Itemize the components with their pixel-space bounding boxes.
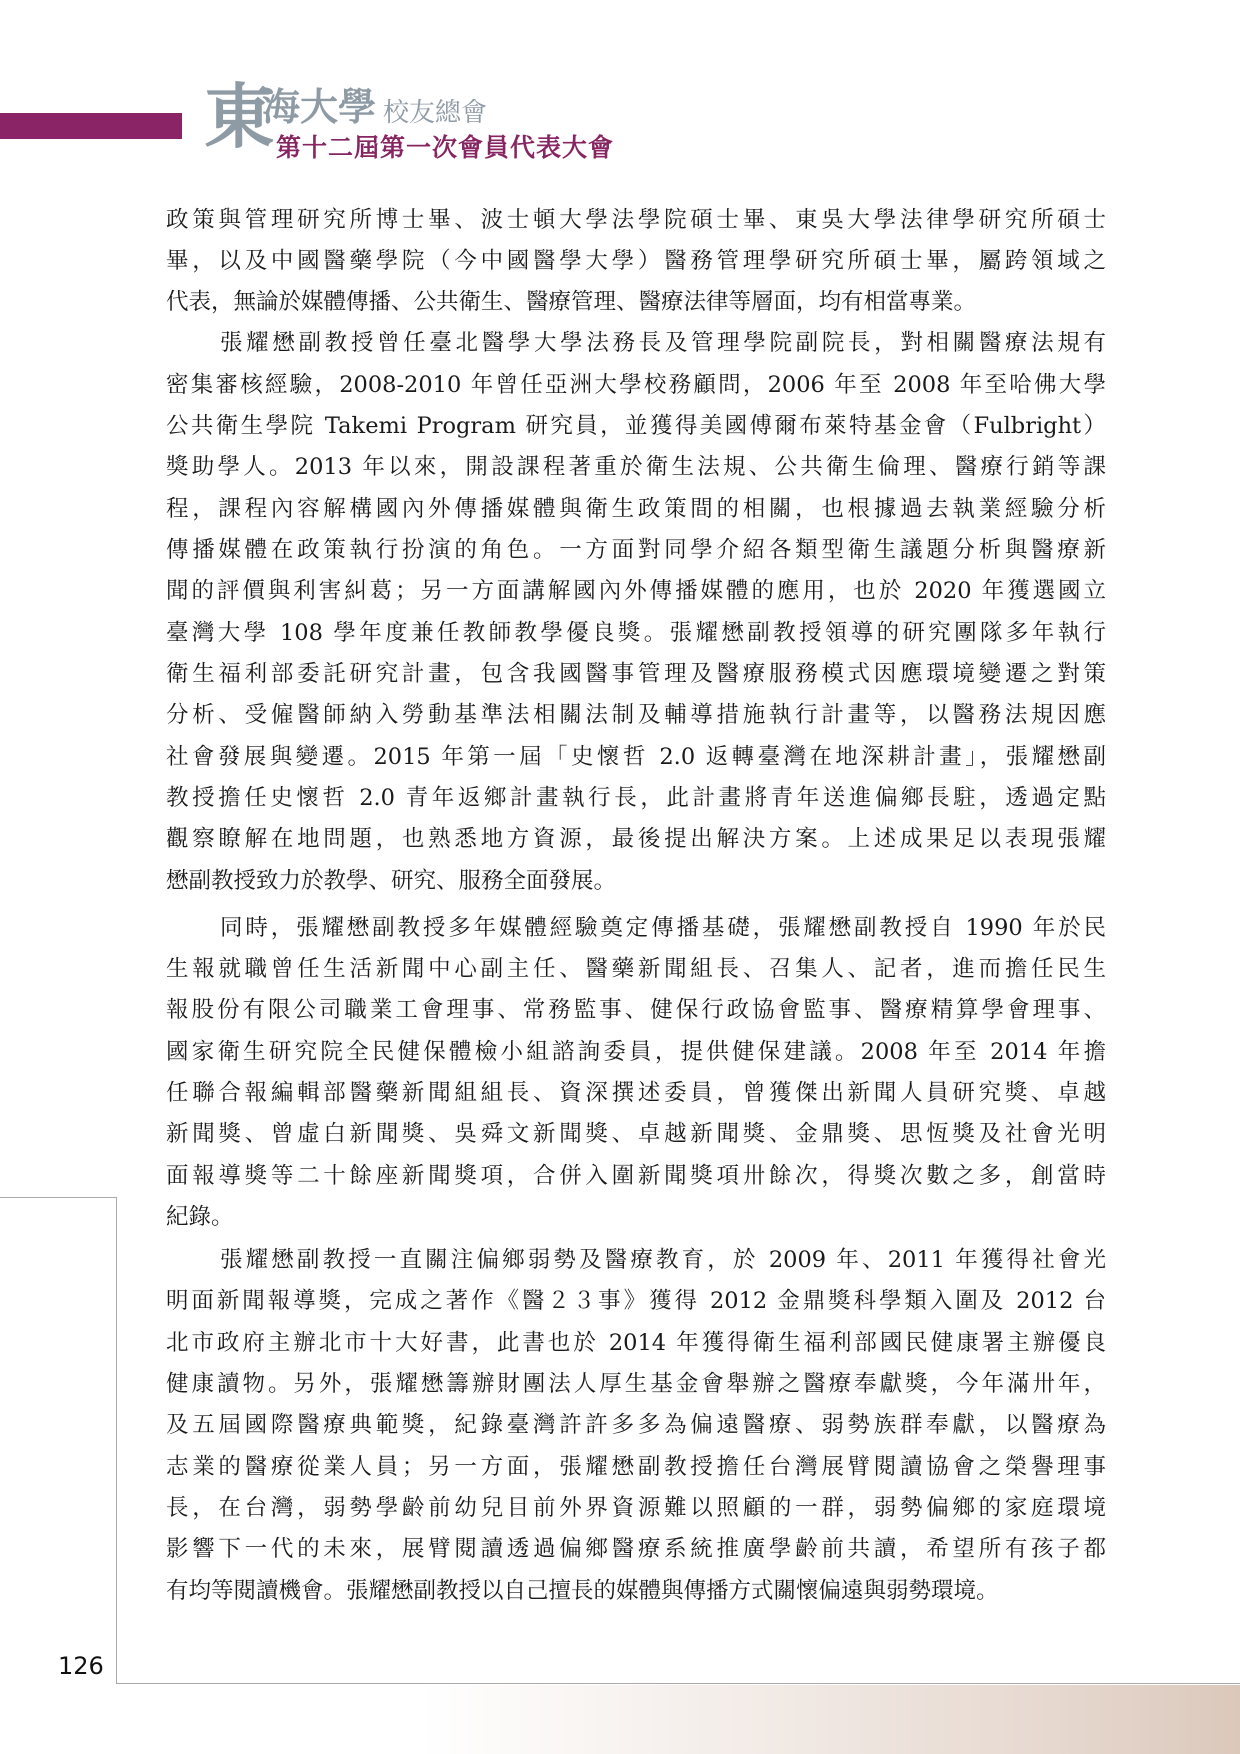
text-line: 臺灣大學 108 學年度兼任教師教學優良獎。張耀懋副教授領導的研究團隊多年執行 (166, 618, 1106, 648)
text-line: 代表，無論於媒體傳播、公共衛生、醫療管理、醫療法律等層面，均有相當專業。 (166, 287, 1106, 317)
text-line: 政策與管理研究所博士畢、波士頓大學法學院碩士畢、東吳大學法律學研究所碩士 (166, 205, 1106, 235)
text-line: 有均等閱讀機會。張耀懋副教授以自己擅長的媒體與傳播方式關懷偏遠與弱勢環境。 (166, 1576, 1106, 1606)
text-line: 志業的醫療從業人員；另一方面，張耀懋副教授擔任台灣展臂閱讀協會之榮譽理事 (166, 1452, 1106, 1482)
text-line: 同時，張耀懋副教授多年媒體經驗奠定傳播基礎，張耀懋副教授自 1990 年於民 (220, 913, 1106, 943)
margin-frame-top (0, 1197, 117, 1198)
text-line: 衛生福利部委託研究計畫，包含我國醫事管理及醫療服務模式因應環境變遷之對策 (166, 659, 1106, 689)
text-line: 明面新聞報導獎，完成之著作《醫２３事》獲得 2012 金鼎獎科學類入圍及 201… (166, 1286, 1106, 1316)
text-line: 張耀懋副教授一直關注偏鄉弱勢及醫療教育，於 2009 年、2011 年獲得社會光 (220, 1245, 1106, 1275)
margin-frame-bottom (116, 1683, 1240, 1684)
text-line: 影響下一代的未來，展臂閱讀透過偏鄉醫療系統推廣學齡前共讀，希望所有孩子都 (166, 1534, 1106, 1564)
text-line: 分析、受僱醫師納入勞動基準法相關法制及輔導措施執行計畫等，以醫務法規因應 (166, 700, 1106, 730)
text-line: 密集審核經驗，2008-2010 年曾任亞洲大學校務顧問，2006 年至 200… (166, 370, 1106, 400)
text-line: 教授擔任史懷哲 2.0 青年返鄉計畫執行長，此計畫將青年送進偏鄉長駐，透過定點 (166, 783, 1106, 813)
text-line: 及五屆國際醫療典範獎，紀錄臺灣許許多多為偏遠醫療、弱勢族群奉獻，以醫療為 (166, 1410, 1106, 1440)
text-line: 國家衛生研究院全民健保體檢小組諮詢委員，提供健保建議。2008 年至 2014 … (166, 1037, 1106, 1067)
text-line: 獎助學人。2013 年以來，開設課程著重於衛生法規、公共衛生倫理、醫療行銷等課 (166, 452, 1106, 482)
text-line: 懋副教授致力於教學、研究、服務全面發展。 (166, 866, 1106, 896)
text-line: 公共衛生學院 Takemi Program 研究員，並獲得美國傅爾布萊特基金會（… (166, 411, 1106, 441)
text-line: 傳播媒體在政策執行扮演的角色。一方面對同學介紹各類型衛生議題分析與醫療新 (166, 535, 1106, 565)
text-line: 張耀懋副教授曾任臺北醫學大學法務長及管理學院副院長，對相關醫療法規有 (220, 328, 1106, 358)
alumni-association-name: 校友總會 (383, 100, 487, 126)
event-title: 第十二屆第一次會員代表大會 (276, 135, 614, 160)
text-line: 報股份有限公司職業工會理事、常務監事、健保行政協會監事、醫療精算學會理事、 (166, 995, 1106, 1025)
text-line: 任聯合報編輯部醫藥新聞組組長、資深撰述委員，曾獲傑出新聞人員研究獎、卓越 (166, 1078, 1106, 1108)
text-line: 社會發展與變遷。2015 年第一屆「史懷哲 2.0 返轉臺灣在地深耕計畫」，張耀… (166, 742, 1106, 772)
text-line: 畢，以及中國醫藥學院（今中國醫學大學）醫務管理學研究所碩士畢，屬跨領域之 (166, 246, 1106, 276)
text-line: 生報就職曾任生活新聞中心副主任、醫藥新聞組長、召集人、記者，進而擔任民生 (166, 954, 1106, 984)
margin-frame-vertical (116, 1198, 117, 1684)
footer-gradient-band (0, 1685, 1240, 1754)
text-line: 觀察瞭解在地問題，也熟悉地方資源，最後提出解決方案。上述成果足以表現張耀 (166, 824, 1106, 854)
text-line: 新聞獎、曾虛白新聞獎、吳舜文新聞獎、卓越新聞獎、金鼎獎、思恆獎及社會光明 (166, 1119, 1106, 1149)
header-accent-bar (0, 113, 182, 139)
text-line: 紀錄。 (166, 1202, 1106, 1232)
text-line: 聞的評價與利害糾葛；另一方面講解國內外傳播媒體的應用，也於 2020 年獲選國立 (166, 576, 1106, 606)
text-line: 程，課程內容解構國內外傳播媒體與衛生政策間的相關，也根據過去執業經驗分析 (166, 494, 1106, 524)
page-number: 126 (58, 1654, 104, 1678)
text-line: 北市政府主辦北市十大好書，此書也於 2014 年獲得衛生福利部國民健康署主辦優良 (166, 1328, 1106, 1358)
university-name: 海大學 (262, 88, 376, 126)
text-line: 健康讀物。另外，張耀懋籌辦財團法人厚生基金會舉辦之醫療奉獻獎，今年滿卅年， (166, 1369, 1106, 1399)
text-line: 面報導獎等二十餘座新聞獎項，合併入圍新聞獎項卅餘次，得獎次數之多，創當時 (166, 1161, 1106, 1191)
text-line: 長，在台灣，弱勢學齡前幼兒目前外界資源難以照顧的一群，弱勢偏鄉的家庭環境 (166, 1493, 1106, 1523)
